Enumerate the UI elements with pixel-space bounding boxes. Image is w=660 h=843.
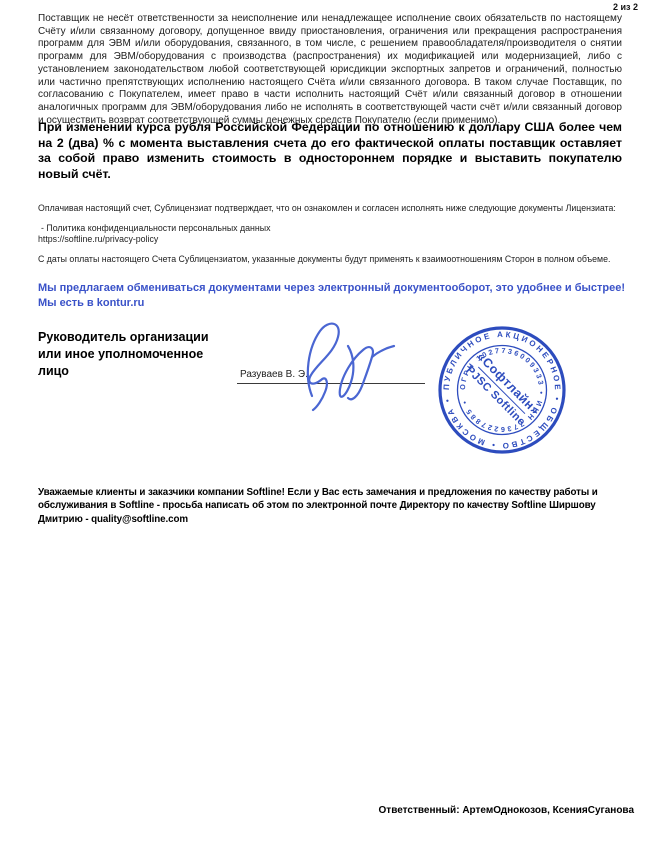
currency-change-clause: При изменении курса рубля Российской Фед… (38, 120, 622, 182)
company-round-stamp-icon: ПУБЛИЧНОЕ АКЦИОНЕРНОЕ • ОБЩЕСТВО • МОСКВ… (435, 323, 569, 457)
edo-promo-line2: Мы есть в kontur.ru (38, 296, 628, 311)
signatory-role-label: Руководитель организации или иное уполно… (38, 329, 228, 381)
quality-feedback-notice: Уважаемые клиенты и заказчики компании S… (38, 486, 628, 526)
documents-effective-note: С даты оплаты настоящего Счета Сублиценз… (38, 254, 626, 264)
page-number: 2 из 2 (613, 2, 638, 12)
privacy-policy-item: - Политика конфиденциальности персональн… (38, 223, 626, 233)
privacy-policy-url[interactable]: https://softline.ru/privacy-policy (38, 234, 626, 244)
edo-promo-text: Мы предлагаем обмениваться документами ч… (38, 281, 628, 311)
responsible-persons: Ответственный: АртемОднокозов, КсенияСуг… (379, 805, 634, 816)
handwritten-signature-icon (296, 318, 404, 416)
payment-confirmation-text: Оплачивая настоящий счет, Сублицензиат п… (38, 203, 626, 213)
liability-paragraph: Поставщик не несёт ответственности за не… (38, 13, 622, 127)
edo-promo-line1: Мы предлагаем обмениваться документами ч… (38, 281, 628, 296)
